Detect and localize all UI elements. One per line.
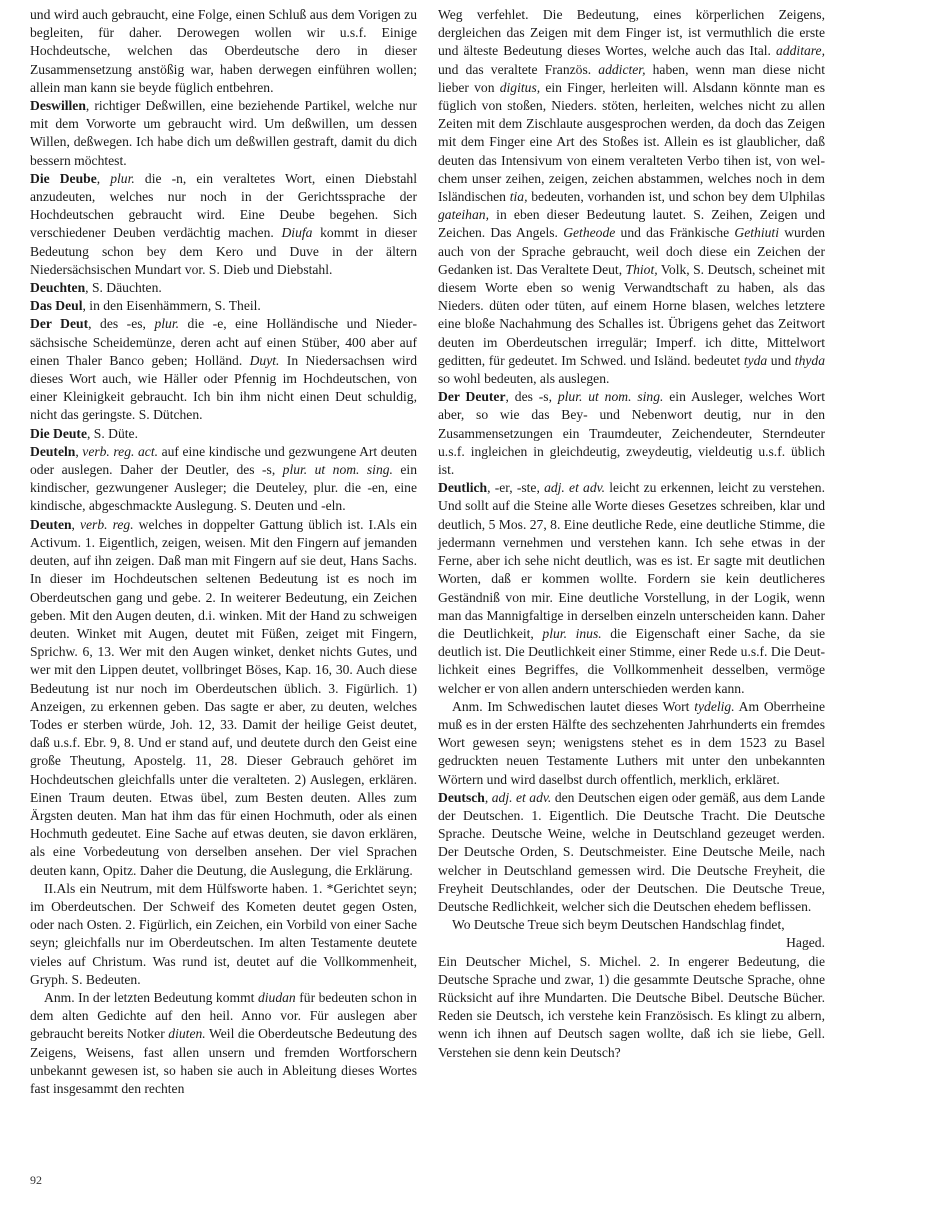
italic-term: verb. reg. act. bbox=[82, 444, 158, 459]
entry-text: , S. Düte. bbox=[87, 426, 138, 441]
headword: Deutsch bbox=[438, 790, 485, 805]
page-number: 92 bbox=[30, 1173, 42, 1188]
italic-term: diuten. bbox=[168, 1026, 205, 1041]
entry-text: Anm. Im Schwedischen lautet dieses Wort bbox=[452, 699, 694, 714]
dictionary-entry: II.Als ein Neutrum, mit dem Hülfsworte h… bbox=[30, 880, 417, 989]
dictionary-entry: und wird auch gebraucht, eine Folge, ein… bbox=[30, 6, 417, 97]
entry-text: so wohl bedeuten, als auslegen. bbox=[438, 371, 609, 386]
entry-text: und wird auch gebraucht, eine Folge, ein… bbox=[30, 7, 417, 95]
italic-term: Getheode bbox=[563, 225, 615, 240]
dictionary-entry: Weg verfehlet. Die Bedeutung, eines körp… bbox=[438, 6, 825, 388]
left-column: und wird auch gebraucht, eine Folge, ein… bbox=[30, 6, 417, 1098]
italic-term: digitus, bbox=[500, 80, 540, 95]
dictionary-entry: Ein Deutscher Michel, S. Michel. 2. In e… bbox=[438, 953, 825, 1062]
headword: Deuchten bbox=[30, 280, 85, 295]
italic-term: gateihan, bbox=[438, 207, 489, 222]
right-column: Weg verfehlet. Die Bedeutung, eines körp… bbox=[438, 6, 825, 1098]
headword: Das Deul bbox=[30, 298, 83, 313]
entry-text: bedeuten, vorhanden ist, und schon bey d… bbox=[527, 189, 825, 204]
dictionary-entry: Deuchten, S. Däuchten. bbox=[30, 279, 417, 297]
italic-term: tydelig. bbox=[694, 699, 734, 714]
dictionary-entry: Anm. Im Schwedischen lautet dieses Wort … bbox=[438, 698, 825, 789]
entry-text: Haged. bbox=[786, 935, 825, 950]
entry-text: leicht zu erkennen, leicht zu verstehen.… bbox=[438, 480, 825, 641]
dictionary-entry: Anm. In der letzten Bedeutung kommt diud… bbox=[30, 989, 417, 1098]
headword: Die Deute bbox=[30, 426, 87, 441]
entry-text: und bbox=[767, 353, 795, 368]
entry-text: , bbox=[97, 171, 111, 186]
headword: Der Deuter bbox=[438, 389, 506, 404]
entry-text: , in den Eisenhämmern, S. Theil. bbox=[83, 298, 261, 313]
dictionary-entry: Deutsch, adj. et adv. den Deutschen eige… bbox=[438, 789, 825, 916]
entry-text: Anm. In der letzten Bedeutung kommt bbox=[44, 990, 258, 1005]
italic-term: additare, bbox=[776, 43, 825, 58]
entry-text: , des -s, bbox=[506, 389, 558, 404]
dictionary-entry: Deuteln, verb. reg. act. auf eine kindis… bbox=[30, 443, 417, 516]
italic-term: plur. inus. bbox=[542, 626, 601, 641]
dictionary-entry: Haged. bbox=[438, 934, 825, 952]
entry-text: , -er, -ste, bbox=[487, 480, 544, 495]
italic-term: plur. ut nom. sing. bbox=[283, 462, 393, 477]
entry-text: den Deutschen eigen oder gemäß, aus dem … bbox=[438, 790, 825, 914]
italic-term: adj. et adv. bbox=[492, 790, 552, 805]
italic-term: tyda bbox=[744, 353, 767, 368]
entry-text: , bbox=[72, 517, 80, 532]
italic-term: plur. ut nom. sing. bbox=[558, 389, 664, 404]
italic-term: diudan bbox=[258, 990, 296, 1005]
headword: Die Deube bbox=[30, 171, 97, 186]
italic-term: Diufa bbox=[281, 225, 312, 240]
headword: Deuten bbox=[30, 517, 72, 532]
italic-term: Thiot, bbox=[626, 262, 658, 277]
italic-term: adj. et adv. bbox=[544, 480, 605, 495]
dictionary-entry: Deuten, verb. reg. welches in doppelter … bbox=[30, 516, 417, 880]
headword: Deswillen bbox=[30, 98, 86, 113]
dictionary-entry: Der Deut, des -es, plur. die -e, eine Ho… bbox=[30, 315, 417, 424]
italic-term: Gethiuti bbox=[734, 225, 779, 240]
headword: Der Deut bbox=[30, 316, 88, 331]
italic-term: thyda bbox=[795, 353, 825, 368]
italic-term: Duyt. bbox=[250, 353, 280, 368]
entry-text: und das Fränkische bbox=[615, 225, 734, 240]
entry-text: , bbox=[485, 790, 492, 805]
entry-text: Wo Deutsche Treue sich beym Deutschen Ha… bbox=[452, 917, 785, 932]
entry-text: , richtiger Deßwillen, eine beziehende P… bbox=[30, 98, 417, 168]
italic-term: plur. bbox=[154, 316, 179, 331]
entry-text: Weg verfehlet. Die Bedeutung, eines körp… bbox=[438, 7, 825, 58]
entry-text: II.Als ein Neutrum, mit dem Hülfsworte h… bbox=[30, 881, 417, 987]
dictionary-entry: Der Deuter, des -s, plur. ut nom. sing. … bbox=[438, 388, 825, 479]
dictionary-entry: Das Deul, in den Eisenhämmern, S. Theil. bbox=[30, 297, 417, 315]
dictionary-entry: Die Deube, plur. die -n, ein veraltetes … bbox=[30, 170, 417, 279]
entry-text: Ein Deutscher Michel, S. Michel. 2. In e… bbox=[438, 954, 825, 1060]
entry-text: , S. Däuchten. bbox=[85, 280, 162, 295]
italic-term: tia, bbox=[510, 189, 528, 204]
entry-text: welches in doppelter Gattung üblich ist.… bbox=[30, 517, 417, 878]
entry-text: und das veraltete Französ. bbox=[438, 62, 598, 77]
dictionary-entry: Deswillen, richtiger Deßwillen, eine bez… bbox=[30, 97, 417, 170]
italic-term: verb. reg. bbox=[80, 517, 134, 532]
dictionary-entry: Deutlich, -er, -ste, adj. et adv. leicht… bbox=[438, 479, 825, 697]
dictionary-page: und wird auch gebraucht, eine Folge, ein… bbox=[30, 6, 825, 1098]
dictionary-entry: Die Deute, S. Düte. bbox=[30, 425, 417, 443]
headword: Deutlich bbox=[438, 480, 487, 495]
italic-term: addicter, bbox=[598, 62, 645, 77]
dictionary-entry: Wo Deutsche Treue sich beym Deutschen Ha… bbox=[438, 916, 825, 934]
entry-text: ein Finger, herleiten will. Alsdann könn… bbox=[438, 80, 825, 204]
entry-text: , des -es, bbox=[88, 316, 154, 331]
headword: Deuteln bbox=[30, 444, 75, 459]
italic-term: plur. bbox=[110, 171, 135, 186]
